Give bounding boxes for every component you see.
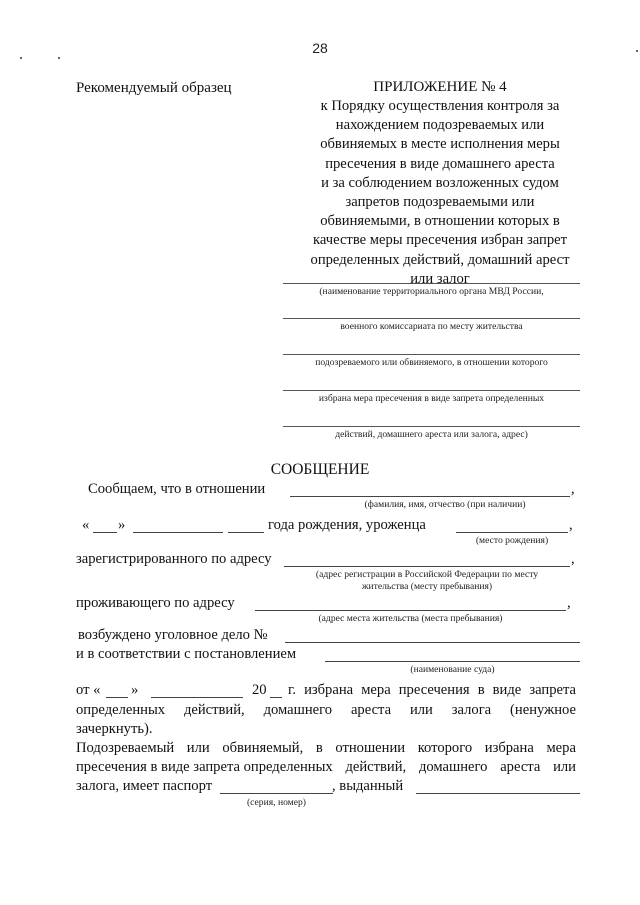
birth-day-field[interactable]	[93, 532, 117, 533]
word: мера	[546, 740, 576, 757]
comma: ,	[571, 481, 575, 498]
word: или	[187, 740, 210, 757]
word: в	[478, 682, 485, 699]
word: пресечения	[399, 682, 470, 699]
decree-label: и в соответствии с постановлением	[76, 646, 296, 663]
word: виде	[493, 682, 522, 699]
decree-from-label: от «	[76, 682, 100, 699]
word: домашнего	[264, 702, 333, 719]
recipient-field-line[interactable]	[283, 318, 580, 319]
residence-caption: (адрес места жительства (места пребывани…	[255, 613, 566, 624]
court-field[interactable]	[325, 661, 580, 662]
word: определенных	[76, 702, 165, 719]
word: ареста	[500, 759, 540, 776]
passport-caption: (серия, номер)	[220, 797, 333, 808]
word: которого	[418, 740, 472, 757]
comma: ,	[569, 517, 573, 534]
court-caption: (наименование суда)	[325, 664, 580, 675]
word: отношении	[335, 740, 405, 757]
recipient-field-line[interactable]	[283, 354, 580, 355]
word: ареста	[351, 702, 391, 719]
registration-address-field[interactable]	[284, 566, 570, 567]
word: домашнего	[419, 759, 488, 776]
appendix-line: качестве меры пресечения избран запрет	[280, 231, 600, 250]
appendix-line: определенных действий, домашний арест	[280, 251, 600, 270]
registration-caption: жительства (месту пребывания)	[284, 581, 570, 592]
passport-paragraph-line: пресечения в виде запрета определенных д…	[76, 759, 576, 776]
word: избрана	[304, 682, 353, 699]
registration-caption: (адрес регистрации в Российской Федераци…	[284, 569, 570, 580]
birth-label: года рождения, уроженца	[268, 517, 426, 534]
decree-month-field[interactable]	[151, 697, 243, 698]
appendix-line: нахождением подозреваемых или	[280, 116, 600, 135]
recipient-caption: (наименование территориального органа МВ…	[283, 286, 580, 297]
recipient-caption: избрана мера пресечения в виде запрета о…	[283, 393, 580, 404]
word: (ненужное	[510, 702, 576, 719]
birthplace-field[interactable]	[456, 532, 568, 533]
measure-text-end: зачеркнуть).	[76, 721, 153, 738]
word: пресечения в виде запрета определенных	[76, 759, 333, 776]
case-number-field[interactable]	[285, 642, 580, 643]
recipient-caption: действий, домашнего ареста или залога, а…	[283, 429, 580, 440]
word: или	[410, 702, 433, 719]
appendix-line: обвиняемыми, в отношении которых в	[280, 212, 600, 231]
birth-year-field[interactable]	[228, 532, 264, 533]
measure-text-line: г. избрана мера пресечения в виде запрет…	[288, 682, 576, 699]
document-heading: СООБЩЕНИЕ	[0, 461, 640, 479]
recipient-field-line[interactable]	[283, 426, 580, 427]
birth-month-field[interactable]	[133, 532, 223, 533]
passport-issuer-field[interactable]	[416, 793, 580, 794]
year-prefix: 20	[252, 682, 267, 699]
word: обвиняемый,	[222, 740, 303, 757]
word: залога	[452, 702, 491, 719]
fio-caption: (фамилия, имя, отчество (при наличии)	[320, 499, 570, 510]
residence-label: проживающего по адресу	[76, 595, 235, 612]
word: в	[316, 740, 323, 757]
passport-paragraph-line: Подозреваемый или обвиняемый, в отношени…	[76, 740, 576, 757]
appendix-line: запретов подозреваемыми или	[280, 193, 600, 212]
registration-label: зарегистрированного по адресу	[76, 551, 272, 568]
appendix-line: и за соблюдением возложенных судом	[280, 174, 600, 193]
recipient-field-line[interactable]	[283, 390, 580, 391]
birthplace-caption: (место рождения)	[456, 535, 568, 546]
word: или	[553, 759, 576, 776]
scan-speck	[20, 57, 22, 59]
decree-year-field[interactable]	[270, 697, 282, 698]
comma: ,	[567, 595, 571, 612]
word: запрета	[529, 682, 576, 699]
recipient-field-line[interactable]	[283, 283, 580, 284]
case-number-label: возбуждено уголовное дело №	[78, 627, 268, 644]
comma: ,	[571, 551, 575, 568]
fio-field[interactable]	[290, 496, 570, 497]
date-close-quote: »	[118, 517, 125, 534]
word: действий,	[345, 759, 406, 776]
fio-label: Сообщаем, что в отношении	[88, 481, 265, 498]
decree-day-field[interactable]	[106, 697, 128, 698]
word: избрана	[485, 740, 534, 757]
scan-speck	[636, 50, 638, 52]
residence-address-field[interactable]	[255, 610, 566, 611]
recipient-caption: подозреваемого или обвиняемого, в отноше…	[283, 357, 580, 368]
word: действий,	[184, 702, 245, 719]
date-close-quote: »	[131, 682, 138, 699]
word: г.	[288, 682, 296, 699]
scan-speck	[58, 57, 60, 59]
appendix-description: к Порядку осуществления контроля за нахо…	[280, 97, 600, 289]
recipient-caption: военного комиссариата по месту жительств…	[283, 321, 580, 332]
passport-label: залога, имеет паспорт	[76, 778, 212, 795]
passport-number-field[interactable]	[220, 793, 333, 794]
word: мера	[361, 682, 391, 699]
date-open-quote: «	[82, 517, 89, 534]
appendix-title: ПРИЛОЖЕНИЕ № 4	[280, 78, 600, 97]
page-number: 28	[0, 40, 640, 56]
appendix-line: обвиняемых в месте исполнения меры	[280, 135, 600, 154]
sample-label: Рекомендуемый образец	[76, 80, 232, 97]
word: Подозреваемый	[76, 740, 174, 757]
issued-label: , выданный	[332, 778, 403, 795]
measure-text-line: определенных действий, домашнего ареста …	[76, 702, 576, 719]
appendix-line: к Порядку осуществления контроля за	[280, 97, 600, 116]
appendix-line: пресечения в виде домашнего ареста	[280, 155, 600, 174]
